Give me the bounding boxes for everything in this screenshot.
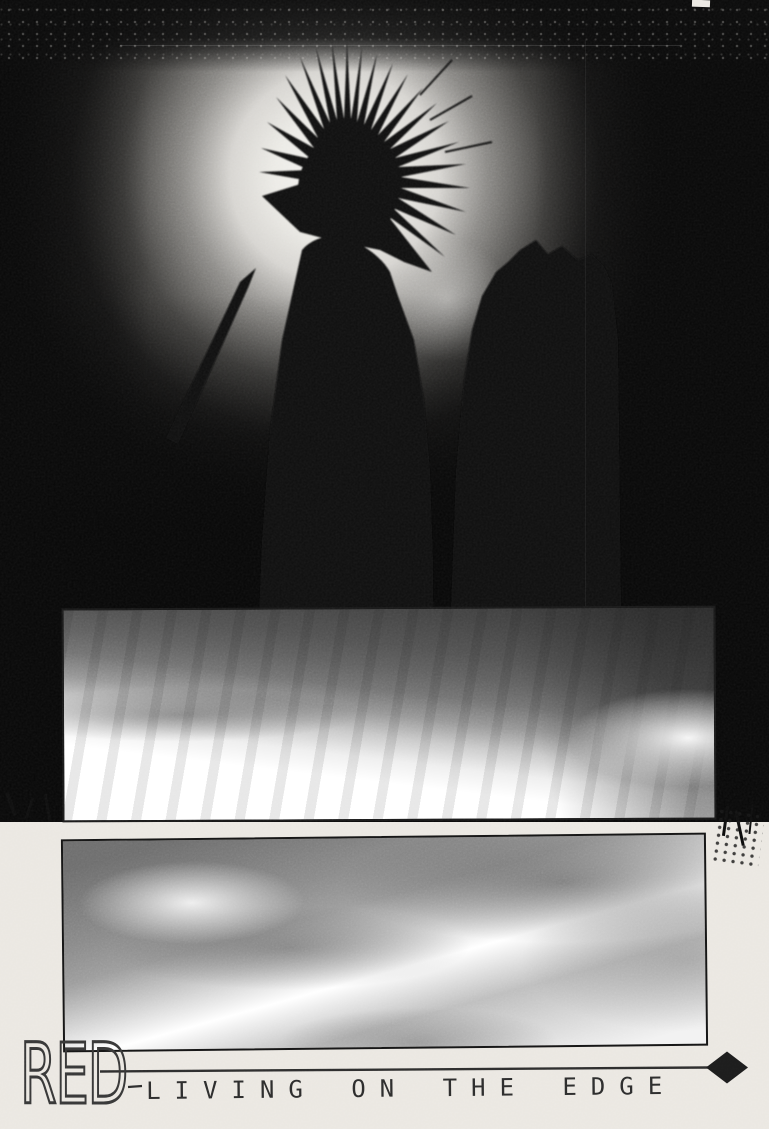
tagline-text: LIVING ON THE EDGE — [146, 1072, 706, 1105]
paper-nick — [692, 0, 710, 7]
wash-panel-bottom — [61, 833, 708, 1053]
spear-silhouette — [166, 268, 256, 444]
logo-dash — [128, 1086, 142, 1087]
arrow-shaft-line — [100, 1068, 708, 1072]
scanned-comic-page: { "logo": { "text": "RED" }, "tagline": … — [0, 0, 769, 1129]
wash-panel-top — [62, 606, 717, 823]
ink-spray-dots — [710, 807, 765, 867]
diamond-arrow-icon — [706, 1052, 748, 1084]
red-logo-lettering: RED — [20, 1030, 127, 1123]
